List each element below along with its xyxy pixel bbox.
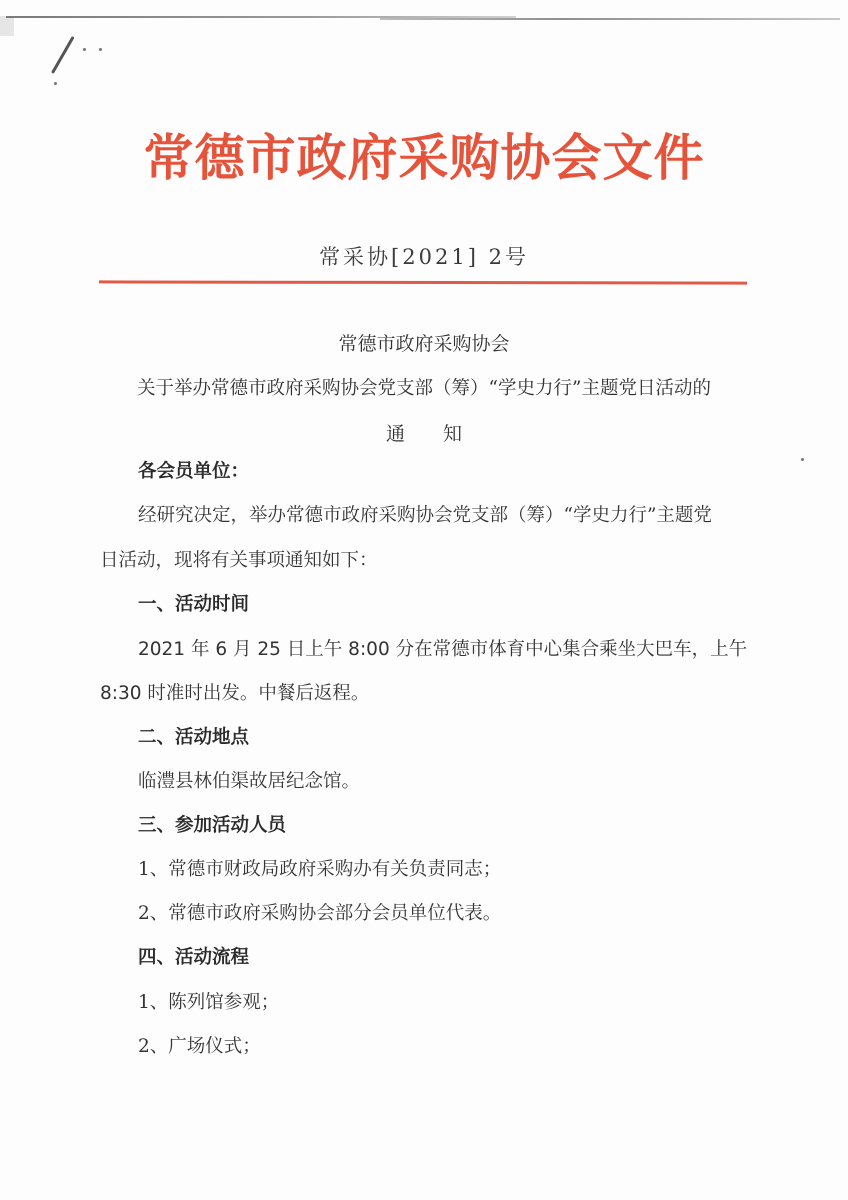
section-text: 2021 年 6 月 25 日上午 8:00 分在常德市体育中心集合乘坐大巴车，…	[138, 636, 747, 664]
speck	[801, 458, 804, 461]
red-divider-line	[99, 280, 747, 284]
section-heading-time: 一、活动时间	[138, 591, 249, 619]
section-text: 1、常德市财政局政府采购办有关负责同志；	[138, 856, 501, 884]
section-text: 临澧县林伯渠故居纪念馆。	[138, 768, 360, 796]
pencil-mark	[51, 36, 75, 74]
document-header-title: 常德市政府采购协会文件	[0, 128, 848, 188]
salutation: 各会员单位：	[138, 458, 249, 486]
notice-title: 关于举办常德市政府采购协会党支部（筹）“学史力行”主题党日活动的	[0, 375, 848, 403]
section-heading-participants: 三、参加活动人员	[138, 812, 286, 840]
scan-top-edge	[380, 18, 840, 20]
document-number: 常采协[2021] 2号	[0, 242, 848, 272]
section-text: 2、广场仪式；	[138, 1033, 261, 1061]
speck	[99, 48, 102, 51]
section-text: 2、常德市政府采购协会部分会员单位代表。	[138, 900, 501, 928]
section-text: 1、陈列馆参观；	[138, 989, 279, 1017]
notice-heading: 通 知	[0, 420, 848, 448]
notice-issuer: 常德市政府采购协会	[0, 330, 848, 358]
intro-text: 日活动，现将有关事项通知如下：	[100, 547, 378, 575]
intro-text: 经研究决定，举办常德市政府采购协会党支部（筹）“学史力行”主题党	[138, 502, 712, 530]
section-heading-process: 四、活动流程	[138, 944, 249, 972]
speck	[54, 82, 57, 85]
speck	[83, 48, 86, 51]
scan-shadow	[0, 16, 14, 36]
section-heading-location: 二、活动地点	[138, 724, 249, 752]
document-page: 常德市政府采购协会文件 常采协[2021] 2号 常德市政府采购协会 关于举办常…	[0, 0, 848, 1200]
section-text: 8:30 时准时出发。中餐后返程。	[100, 680, 369, 708]
